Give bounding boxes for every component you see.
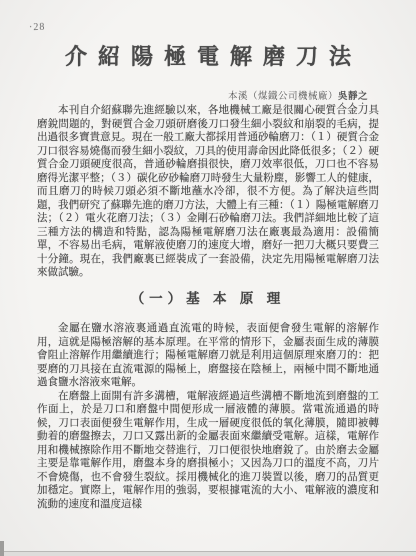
intro-paragraph: 本刊自介紹蘇聯先進經驗以來，各地機械工廠是很關心硬質合金刀具磨銳問題的，對硬質合… xyxy=(37,104,379,280)
body-paragraph: 在磨盤上面開有許多溝槽，電解液經過這些溝槽不斷地流到磨盤的工作面上，於是刀口和磨… xyxy=(37,390,379,512)
scanned-page: ·28 介紹陽極電解磨刀法 本溪（煤鐵公司機械廠）吳靜之 本刊自介紹蘇聯先進經驗… xyxy=(0,0,416,556)
body-paragraph: 金屬在鹽水溶液裏通過直流電的時候，表面便會發生電解的溶解作用，這就是陽極溶解的基… xyxy=(37,322,379,390)
byline-affiliation: 本溪（煤鐵公司機械廠） xyxy=(228,92,338,102)
scan-artifact-bottom-left xyxy=(0,541,4,556)
article-body: 本刊自介紹蘇聯先進經驗以來，各地機械工廠是很關心硬質合金刀具磨銳問題的，對硬質合… xyxy=(37,104,379,511)
byline-author: 吳靜之 xyxy=(338,92,368,102)
scan-edge-bottom xyxy=(0,551,416,556)
section-heading: （一）基 本 原 理 xyxy=(37,292,379,306)
article-title: 介紹陽極電解磨刀法 xyxy=(0,40,416,71)
page-number: ·28 xyxy=(29,22,46,34)
